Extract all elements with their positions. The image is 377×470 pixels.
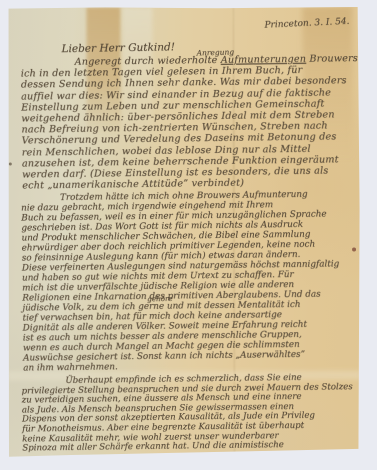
letter-dateline: Princeton. 3. I. 54. xyxy=(264,17,349,31)
interlinear-insertion-word: gehöre xyxy=(147,294,173,304)
paragraph-lines: Überhaupt empfinde ich es schmerzlich, d… xyxy=(21,373,360,454)
line-text: Brouwers habe xyxy=(306,53,377,65)
paragraph-lines: ich in den letzten Tagen viel gelesen in… xyxy=(21,64,361,191)
letter-paragraph-3: Überhaupt empfinde ich es schmerzlich, d… xyxy=(21,373,360,454)
letter-paragraph-1: Angeregt durch wiederholte Aufmunterunge… xyxy=(21,53,361,192)
letter-paragraph-2: Trotzdem hätte ich mich ohne Brouwers Au… xyxy=(21,189,361,373)
paragraph-lines: Trotzdem hätte ich mich ohne Brouwers Au… xyxy=(21,189,361,373)
letter-page: Princeton. 3. I. 54. Lieber Herr Gutkind… xyxy=(6,7,360,458)
struck-word: Aufmunterungen xyxy=(221,54,307,66)
letter-salutation: Lieber Herr Gutkind! xyxy=(61,41,175,55)
letter-content: Princeton. 3. I. 54. Lieber Herr Gutkind… xyxy=(6,7,360,458)
scanned-letter-photo: Princeton. 3. I. 54. Lieber Herr Gutkind… xyxy=(0,0,377,470)
handwriting-line: Spinoza mit aller Schärfe erkannt hat. U… xyxy=(22,440,360,454)
